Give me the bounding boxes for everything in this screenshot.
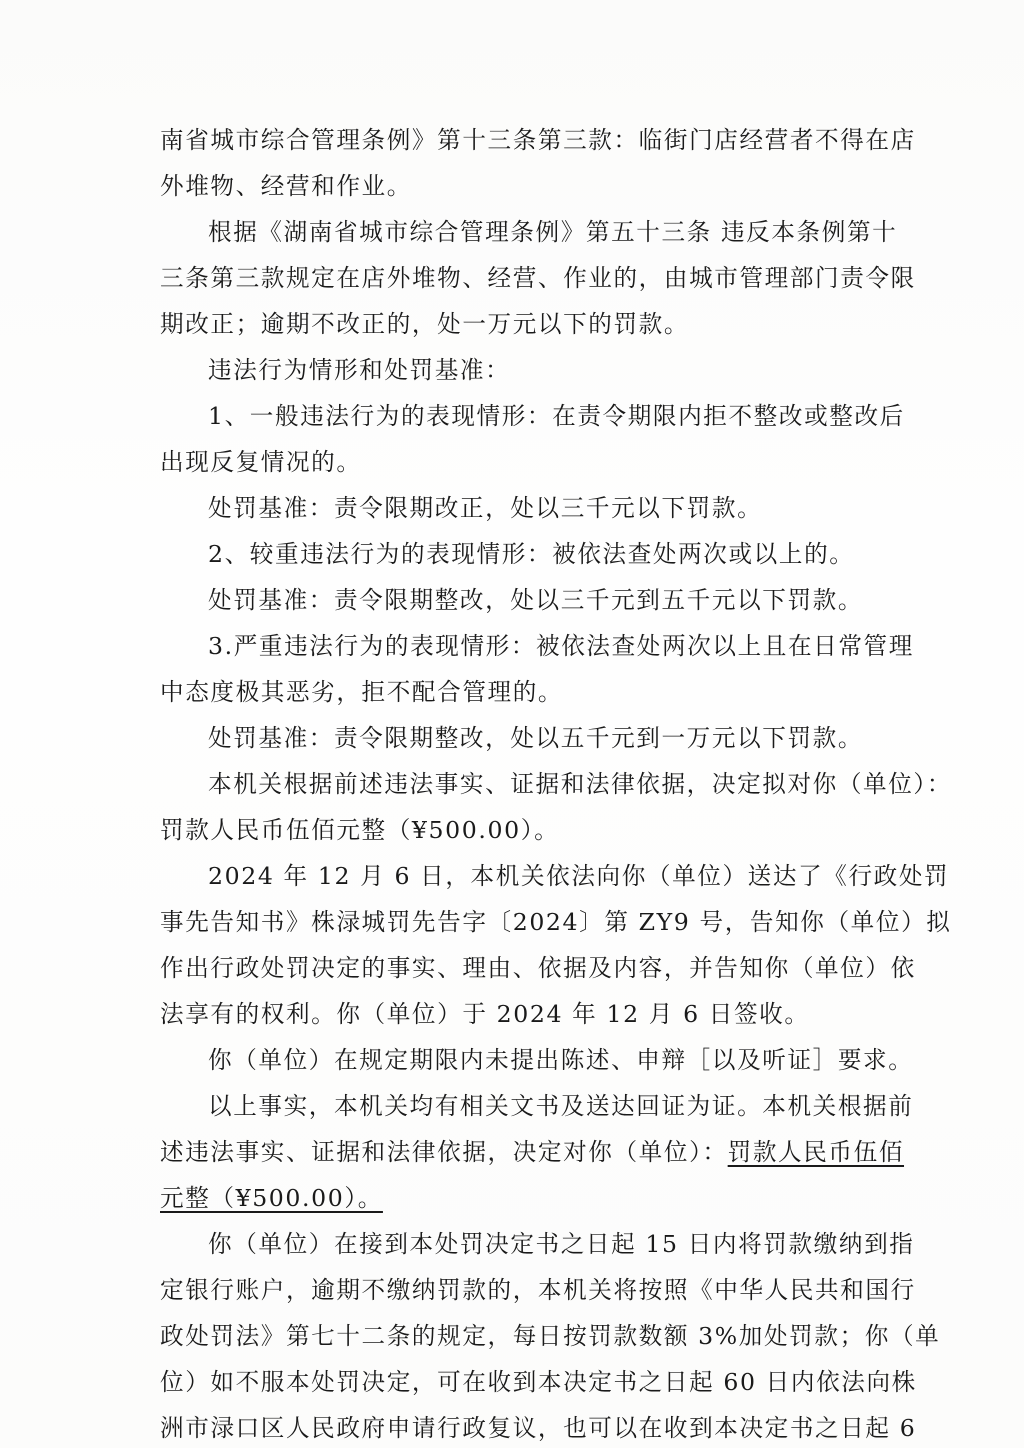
- text-line: 处罚基准：责令限期改正，处以三千元以下罚款。: [208, 492, 872, 524]
- text-line: 南省城市综合管理条例》第十三条第三款：临街门店经营者不得在店: [160, 124, 872, 156]
- text-line: 三条第三款规定在店外堆物、经营、作业的，由城市管理部门责令限: [160, 262, 872, 294]
- text-line: 外堆物、经营和作业。: [160, 170, 872, 202]
- text-line: 中态度极其恶劣，拒不配合管理的。: [160, 676, 872, 708]
- text-line: 处罚基准：责令限期整改，处以五千元到一万元以下罚款。: [208, 722, 872, 754]
- decision-line-2: 元整（¥500.00）。: [160, 1182, 872, 1214]
- document-page: 南省城市综合管理条例》第十三条第三款：临街门店经营者不得在店外堆物、经营和作业。…: [0, 0, 1024, 1448]
- text-line: 你（单位）在规定期限内未提出陈述、申辩［以及听证］要求。: [208, 1044, 872, 1076]
- text-line: 罚款人民币伍佰元整（¥500.00）。: [160, 814, 872, 846]
- text-line: 政处罚法》第七十二条的规定，每日按罚款数额 3%加处罚款；你（单: [160, 1320, 872, 1352]
- text-line: 洲市渌口区人民政府申请行政复议，也可以在收到本决定书之日起 6: [160, 1412, 872, 1444]
- text-line: 本机关根据前述违法事实、证据和法律依据，决定拟对你（单位）：: [208, 768, 872, 800]
- text-line: 事先告知书》株渌城罚先告字〔2024〕第 ZY9 号，告知你（单位）拟: [160, 906, 872, 938]
- text-line: 作出行政处罚决定的事实、理由、依据及内容，并告知你（单位）依: [160, 952, 872, 984]
- text-line: 位）如不服本处罚决定，可在收到本决定书之日起 60 日内依法向株: [160, 1366, 872, 1398]
- text-line: 1、一般违法行为的表现情形：在责令期限内拒不整改或整改后: [208, 400, 872, 432]
- decision-amount-underlined: 罚款人民币伍佰: [728, 1138, 904, 1166]
- text-line: 违法行为情形和处罚基准：: [208, 354, 872, 386]
- text-line: 定银行账户，逾期不缴纳罚款的，本机关将按照《中华人民共和国行: [160, 1274, 872, 1306]
- text-line: 根据《湖南省城市综合管理条例》第五十三条 违反本条例第十: [208, 216, 872, 248]
- text-line: 期改正；逾期不改正的，处一万元以下的罚款。: [160, 308, 872, 340]
- text-line: 以上事实，本机关均有相关文书及送达回证为证。本机关根据前: [208, 1090, 872, 1122]
- decision-prefix: 述违法事实、证据和法律依据，决定对你（单位）：: [160, 1138, 728, 1166]
- decision-line: 述违法事实、证据和法律依据，决定对你（单位）：罚款人民币伍佰: [160, 1136, 872, 1168]
- text-line: 处罚基准：责令限期整改，处以三千元到五千元以下罚款。: [208, 584, 872, 616]
- decision-amount-underlined-2: 元整（¥500.00）。: [160, 1184, 383, 1212]
- text-line: 2、较重违法行为的表现情形：被依法查处两次或以上的。: [208, 538, 872, 570]
- text-line: 2024 年 12 月 6 日，本机关依法向你（单位）送达了《行政处罚: [208, 860, 872, 892]
- text-line: 出现反复情况的。: [160, 446, 872, 478]
- text-line: 你（单位）在接到本处罚决定书之日起 15 日内将罚款缴纳到指: [208, 1228, 872, 1260]
- text-line: 法享有的权利。你（单位）于 2024 年 12 月 6 日签收。: [160, 998, 872, 1030]
- text-line: 3.严重违法行为的表现情形：被依法查处两次以上且在日常管理: [208, 630, 872, 662]
